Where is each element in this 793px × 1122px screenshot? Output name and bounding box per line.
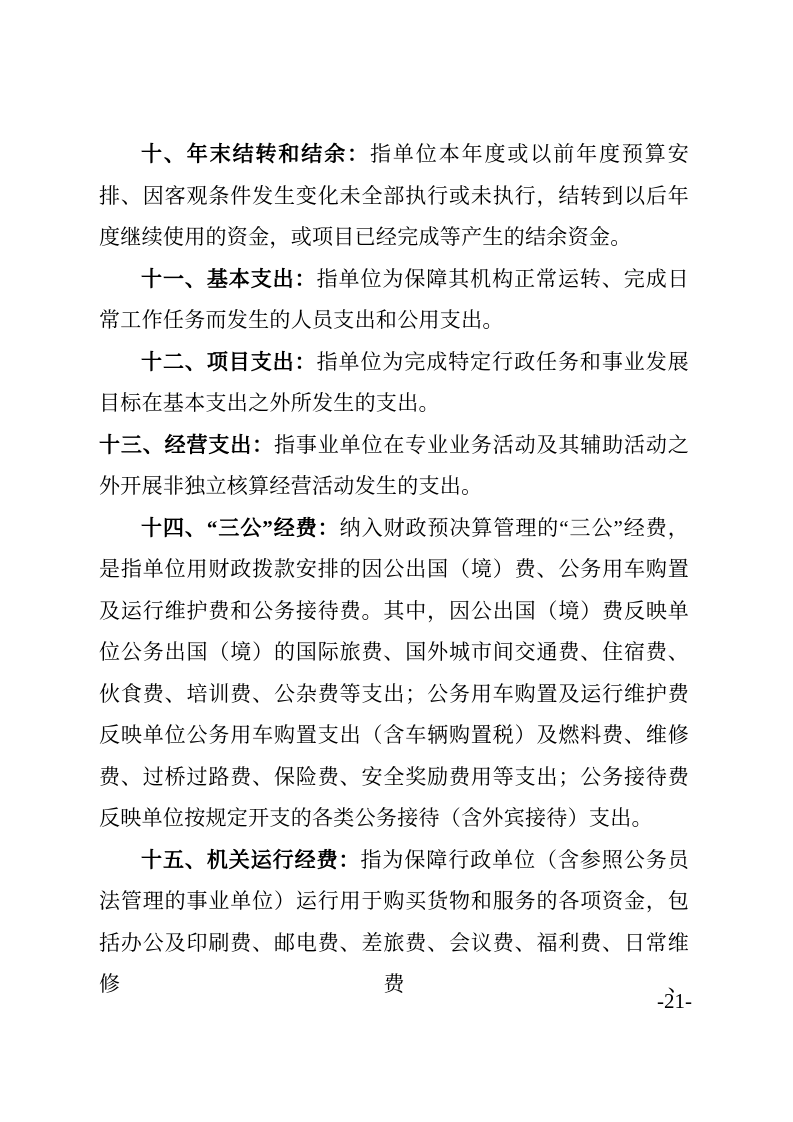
term-heading: 十一、基本支出： [141, 267, 317, 291]
page-number: -21- [657, 990, 692, 1012]
paragraph-term-12: 十二、项目支出：指单位为完成特定行政任务和事业发展目标在基本支出之外所发生的支出… [99, 342, 689, 425]
term-definition: 纳入财政预决算管理的“三公”经费，是指单位用财政拨款安排的因公出国（境）费、公务… [99, 516, 689, 831]
paragraph-term-15: 十五、机关运行经费：指为保障行政单位（含参照公务员法管理的事业单位）运行用于购买… [99, 840, 689, 1006]
term-heading: 十三、经营支出： [99, 433, 274, 457]
paragraph-term-11: 十一、基本支出：指单位为保障其机构正常运转、完成日常工作任务而发生的人员支出和公… [99, 259, 689, 342]
term-heading: 十五、机关运行经费： [141, 848, 360, 872]
paragraph-term-10: 十、年末结转和结余：指单位本年度或以前年度预算安排、因客观条件发生变化未全部执行… [99, 134, 689, 259]
term-heading: 十、年末结转和结余： [141, 142, 370, 166]
document-body: 十、年末结转和结余：指单位本年度或以前年度预算安排、因客观条件发生变化未全部执行… [99, 134, 689, 1006]
paragraph-term-13: 十三、经营支出：指事业单位在专业业务活动及其辅助活动之外开展非独立核算经营活动发… [99, 425, 689, 508]
term-heading: 十四、“三公”经费： [141, 516, 340, 540]
document-page: 十、年末结转和结余：指单位本年度或以前年度预算安排、因客观条件发生变化未全部执行… [0, 0, 793, 1122]
paragraph-term-14: 十四、“三公”经费：纳入财政预决算管理的“三公”经费，是指单位用财政拨款安排的因… [99, 508, 689, 840]
term-heading: 十二、项目支出： [141, 350, 317, 374]
